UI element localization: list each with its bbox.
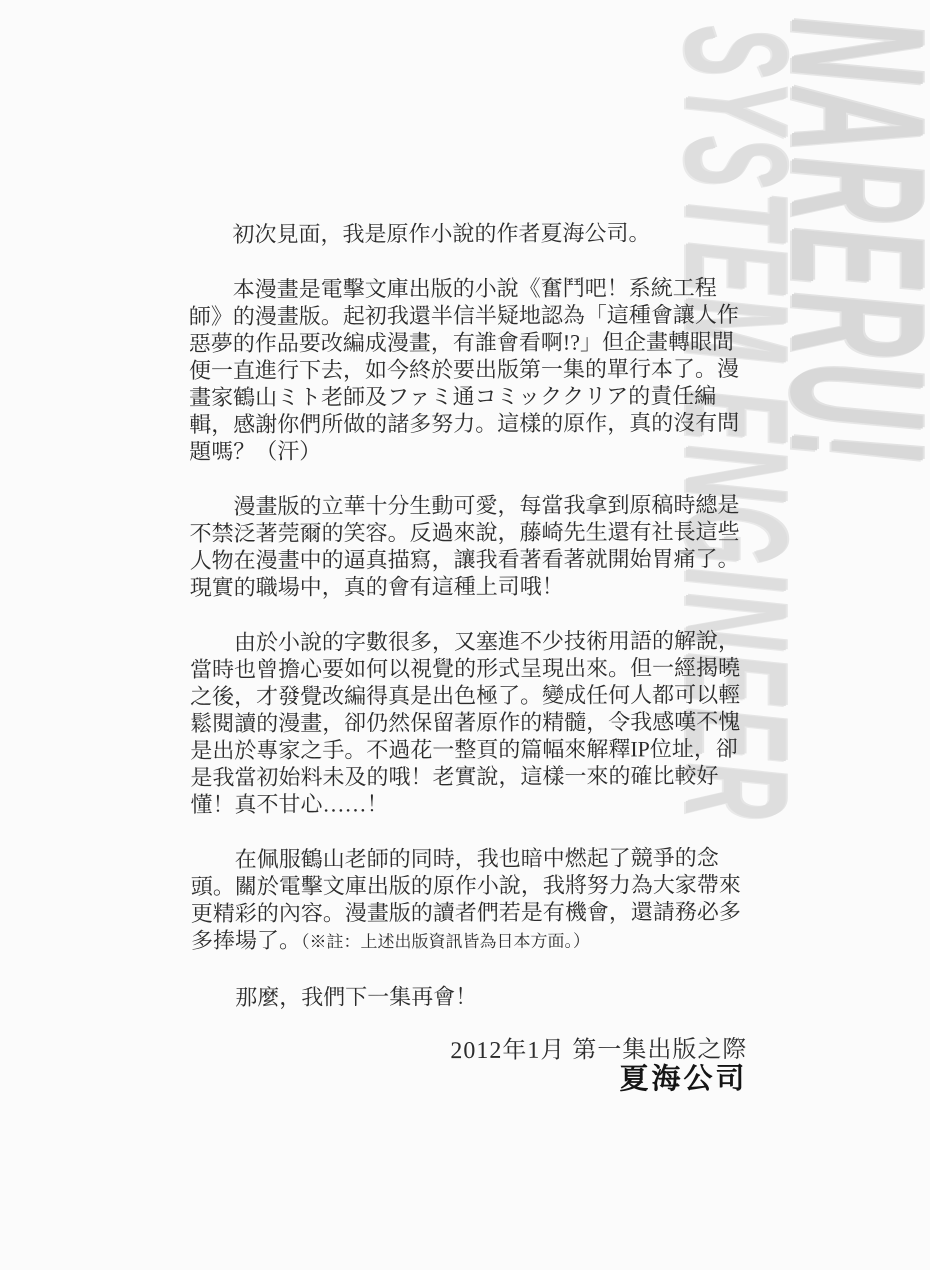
paragraph-rivalry-tail-text: 多捧場了。 (191, 928, 301, 953)
paragraph-adaptation-quality: 由於小說的字數很多，又塞進不少技術用語的解說， 當時也曾擔心要如何以視覺的形式呈… (190, 627, 747, 818)
paragraph-farewell: 那麼，我們下一集再會！ (191, 982, 747, 1011)
author-signature: 夏海公司 (191, 1066, 747, 1095)
paragraph-manga-adaptation: 本漫畫是電擊文庫出版的小說《奮鬥吧！系統工程 師》的漫畫版。起初我還半信半疑地認… (189, 274, 746, 465)
watermark-series-title-text: NARERU! (762, 18, 930, 467)
paragraph-characters: 漫畫版的立華十分生動可愛，每當我拿到原稿時總是 不禁泛著莞爾的笑容。反過來說，藤… (189, 491, 745, 601)
paragraph-rivalry: 在佩服鶴山老師的同時，我也暗中燃起了競爭的念 頭。關於電擊文庫出版的原作小說，我… (191, 844, 747, 927)
paragraph-rivalry-last-line: 多捧場了。（※註：上述出版資訊皆為日本方面。） (191, 925, 747, 956)
afterword-text-block: 初次見面，我是原作小說的作者夏海公司。 本漫畫是電擊文庫出版的小說《奮鬥吧！系統… (188, 219, 747, 1095)
scanned-afterword-page: NARERU! SYSTEM ENGINEER 初次見面，我是原作小說的作者夏海… (0, 0, 930, 1270)
paragraph-greeting: 初次見面，我是原作小說的作者夏海公司。 (188, 219, 744, 248)
date-line: 2012年1月 第一集出版之際 (191, 1037, 747, 1066)
publication-note: （※註：上述出版資訊皆為日本方面。） (301, 932, 590, 952)
